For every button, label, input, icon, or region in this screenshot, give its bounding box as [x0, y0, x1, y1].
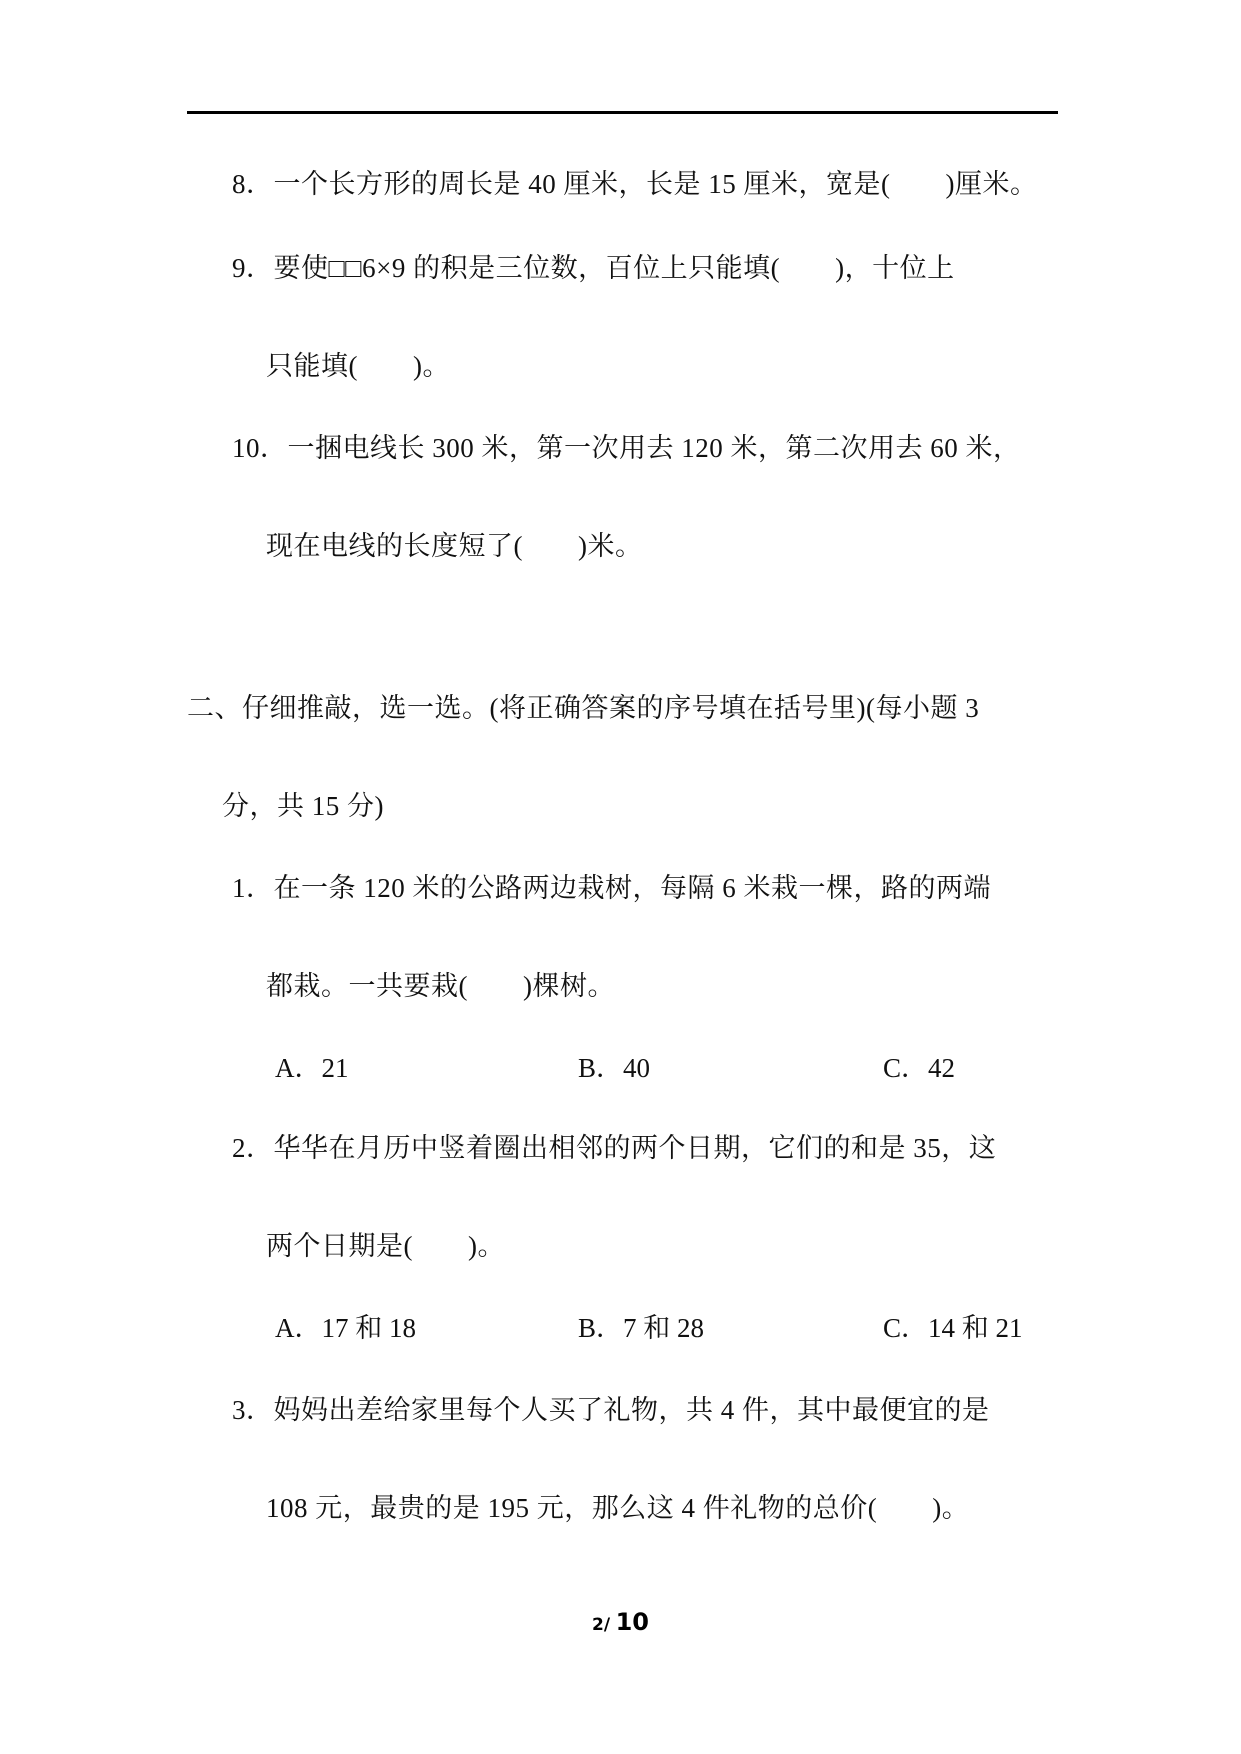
section-2-heading-line-1: 二、仔细推敲，选一选。(将正确答案的序号填在括号里)(每小题 3: [187, 692, 979, 724]
question-9-line-1: 9．要使□□6×9 的积是三位数，百位上只能填( )，十位上: [232, 252, 955, 284]
choice-question-2-line-1: 2．华华在月历中竖着圈出相邻的两个日期，它们的和是 35，这: [232, 1132, 996, 1164]
question-9-line-2: 只能填( )。: [266, 350, 450, 382]
choice-question-2-line-2: 两个日期是( )。: [266, 1230, 505, 1262]
question-10-line-2: 现在电线的长度短了( )米。: [266, 530, 642, 562]
choice-question-1-option-c: C．42: [883, 1052, 955, 1084]
page-number: 2/ 10: [0, 1608, 1241, 1636]
choice-question-1-line-2: 都栽。一共要栽( )棵树。: [266, 970, 615, 1002]
section-2-heading-line-2: 分，共 15 分): [222, 790, 384, 822]
choice-question-2-option-b: B．7 和 28: [578, 1312, 704, 1344]
header-rule: [187, 111, 1058, 114]
question-10-line-1: 10．一捆电线长 300 米，第一次用去 120 米，第二次用去 60 米，: [232, 432, 1021, 464]
total-pages: 10: [616, 1608, 649, 1636]
choice-question-3-line-2: 108 元，最贵的是 195 元，那么这 4 件礼物的总价( )。: [266, 1492, 969, 1524]
choice-question-3-line-1: 3．妈妈出差给家里每个人买了礼物，共 4 件，其中最便宜的是: [232, 1394, 990, 1426]
choice-question-2-option-c: C．14 和 21: [883, 1312, 1023, 1344]
choice-question-1-option-a: A．21: [275, 1052, 349, 1084]
current-page: 2/: [592, 1615, 610, 1635]
choice-question-1-line-1: 1．在一条 120 米的公路两边栽树，每隔 6 米栽一棵，路的两端: [232, 872, 991, 904]
choice-question-1-option-b: B．40: [578, 1052, 650, 1084]
choice-question-2-option-a: A．17 和 18: [275, 1312, 416, 1344]
question-8-line-1: 8．一个长方形的周长是 40 厘米，长是 15 厘米，宽是( )厘米。: [232, 168, 1037, 200]
